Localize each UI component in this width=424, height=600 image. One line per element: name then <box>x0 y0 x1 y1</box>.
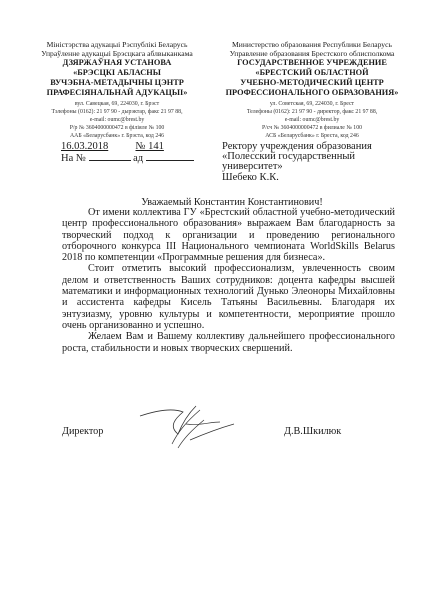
org-name-line: ВУЧЭБНА-МЕТАДЫЧНЫ ЦЭНТР <box>22 78 212 88</box>
letter-number: № 141 <box>136 141 164 152</box>
reference-from-label: ад <box>133 153 143 164</box>
signatory-title: Директор <box>62 426 103 437</box>
phone-line: Тэлефоны (0162): 21 97 90 - дырэктар, фа… <box>22 108 212 116</box>
letter-body: От имени коллектива ГУ «Брестский област… <box>62 207 395 354</box>
body-paragraph: От имени коллектива ГУ «Брестский област… <box>62 207 395 263</box>
letterhead-russian: Министерство образования Республики Бела… <box>214 40 410 140</box>
email-line: e-mail: oumc@brest.by <box>214 116 410 124</box>
address-line: вул. Савецкая, 69, 224030, г. Брэст <box>22 100 212 108</box>
org-name-line: УЧЕБНО-МЕТОДИЧЕСКИЙ ЦЕНТР <box>214 78 410 88</box>
bank-name-line: ААБ «Беларусбанк» г. Брэста, код 246 <box>22 132 212 140</box>
addressee-block: Ректору учреждения образования «Полесски… <box>222 142 412 183</box>
reference-date-blank <box>146 152 194 161</box>
org-name-line: ПРОФЕССИОНАЛЬНОГО ОБРАЗОВАНИЯ» <box>214 88 410 98</box>
signatory-name: Д.В.Шкилюк <box>284 426 341 437</box>
registration-block: 16.03.2018 № 141 На № ад <box>61 142 194 164</box>
ministry-line: Министерство образования Республики Бела… <box>214 40 410 49</box>
org-name-line: ПРАФЕСІЯНАЛЬНАЙ АДУКАЦЫІ» <box>22 88 212 98</box>
bank-name-line: АСБ «Беларусбанк» г. Бреста, код 246 <box>214 132 410 140</box>
bank-account-line: Р/сч № 3604000000472 в филиале № 100 <box>214 124 410 132</box>
reference-number-blank <box>89 152 131 161</box>
body-paragraph: Стоит отметить высокий профессионализм, … <box>62 263 395 331</box>
letterhead-belarusian: Міністэрства адукацыі Рэспублікі Беларус… <box>22 40 212 140</box>
org-name-line: «БРЕСТСКИЙ ОБЛАСТНОЙ <box>214 68 410 78</box>
ministry-line: Міністэрства адукацыі Рэспублікі Беларус… <box>22 40 212 49</box>
address-line: ул. Советская, 69, 224030, г. Брест <box>214 100 410 108</box>
bank-account-line: Р/р № 3604000000472 в філіяле № 100 <box>22 124 212 132</box>
body-paragraph: Желаем Вам и Вашему коллективу дальнейше… <box>62 331 395 354</box>
letter-date: 16.03.2018 <box>61 141 108 152</box>
department-line: Упраўленне адукацыі Брэсцкага аблвыканка… <box>22 49 212 58</box>
org-name-line: ДЗЯРЖАЎНАЯ УСТАНОВА <box>22 58 212 68</box>
handwritten-signature <box>138 404 238 452</box>
org-name-line: ГОСУДАРСТВЕННОЕ УЧРЕЖДЕНИЕ <box>214 58 410 68</box>
org-name-line: «БРЭСЦКІ АБЛАСНЫ <box>22 68 212 78</box>
department-line: Управление образования Брестского облисп… <box>214 49 410 58</box>
email-line: e-mail: oumc@brest.by <box>22 116 212 124</box>
reference-label: На № <box>61 153 86 164</box>
addressee-name: Шебеко К.К. <box>222 173 412 183</box>
phone-line: Телефоны (0162): 21 97 90 - директор, фа… <box>214 108 410 116</box>
